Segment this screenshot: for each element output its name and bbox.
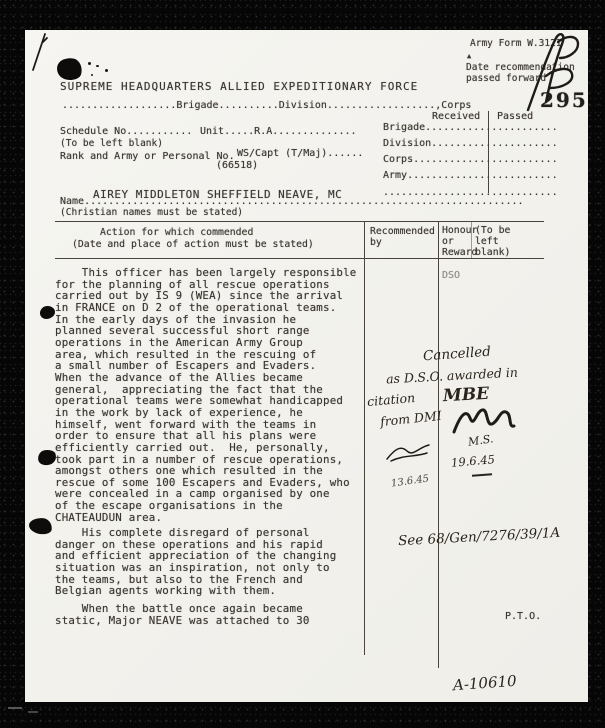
passed-column-header: Passed xyxy=(497,111,533,122)
ink-blot xyxy=(28,517,53,535)
handwritten-citation-word: citation xyxy=(366,390,415,409)
routing-corps-row: Corps........................ xyxy=(383,154,558,165)
scanned-document: Army Form W.3121 ▲ Date recommendation p… xyxy=(0,0,605,728)
ink-blot xyxy=(37,449,57,466)
table-header-bottom-rule xyxy=(55,258,544,259)
ink-speck xyxy=(96,65,99,67)
ink-speck xyxy=(88,62,91,65)
action-column-header-line1: Action for which commended xyxy=(100,227,253,238)
pto-label: P.T.O. xyxy=(505,611,541,622)
brigade-division-corps-line: ...................Brigade..........Divi… xyxy=(62,100,471,111)
ink-speck xyxy=(91,74,93,76)
page-number-stamp: 295 xyxy=(540,88,588,112)
to-be-left-blank-header: (To be left blank) xyxy=(475,225,510,258)
unit-field: Unit.....R.A.............. xyxy=(200,126,357,137)
small-scribble-icon xyxy=(385,443,431,463)
pen-stroke-mark xyxy=(29,32,53,72)
citation-paragraph-1: This officer has been largely responsibl… xyxy=(55,267,357,523)
received-column-header: Received xyxy=(432,111,480,122)
routing-brigade-row: Brigade...................... xyxy=(383,122,558,133)
rank-label: Rank and Army or Personal No. xyxy=(60,151,235,162)
table-column-divider-2 xyxy=(438,221,439,668)
handwritten-file-reference: See 68/Gen/7276/39/1A xyxy=(398,525,561,549)
honour-reward-header: Honour or Reward xyxy=(442,225,477,258)
citation-paragraph-3: When the battle once again became static… xyxy=(55,603,310,626)
army-number: (66518) xyxy=(216,160,258,171)
table-column-divider-1 xyxy=(364,221,365,655)
routing-army-row: Army......................... xyxy=(383,170,558,181)
handwritten-from-dmi: from DMI xyxy=(379,408,442,429)
schedule-label: Schedule No........... xyxy=(60,126,192,137)
handwritten-mbe-award: MBE xyxy=(443,384,490,406)
ink-speck xyxy=(105,69,108,72)
scan-edge-mark xyxy=(8,707,22,709)
handwritten-dso-awarded: as D.S.O. awarded in xyxy=(386,365,519,387)
rank-value: WS/Capt (T/Maj)...... xyxy=(237,148,363,159)
triangle-mark-icon: ▲ xyxy=(467,52,471,60)
handwritten-cancelled: Cancelled xyxy=(423,344,492,365)
handwritten-date-2: 13.6.45 xyxy=(390,473,429,489)
routing-division-row: Division..................... xyxy=(383,138,558,149)
name-value: AIREY MIDDLETON SHEFFIELD NEAVE, MC xyxy=(93,188,342,201)
honour-value: DSO xyxy=(442,270,460,281)
handwritten-date-1: 19.6.45 xyxy=(450,452,495,470)
handwritten-document-reference: A-10610 xyxy=(452,672,517,694)
citation-paragraph-2: His complete disregard of personal dange… xyxy=(55,527,336,597)
handwritten-initials: M.S. xyxy=(467,432,494,448)
ink-blot xyxy=(40,306,55,319)
pen-dash-mark xyxy=(472,473,492,476)
org-title: SUPREME HEADQUARTERS ALLIED EXPEDITIONAR… xyxy=(60,80,418,93)
recommended-by-header: Recommended by xyxy=(370,226,435,248)
scan-edge-mark xyxy=(28,711,38,713)
schedule-note: (To be left blank) xyxy=(60,138,163,149)
name-note: (Christian names must be stated) xyxy=(60,207,243,218)
action-column-header-line2: (Date and place of action must be stated… xyxy=(72,239,314,250)
ink-blot xyxy=(55,56,84,83)
form-page: Army Form W.3121 ▲ Date recommendation p… xyxy=(25,30,588,702)
